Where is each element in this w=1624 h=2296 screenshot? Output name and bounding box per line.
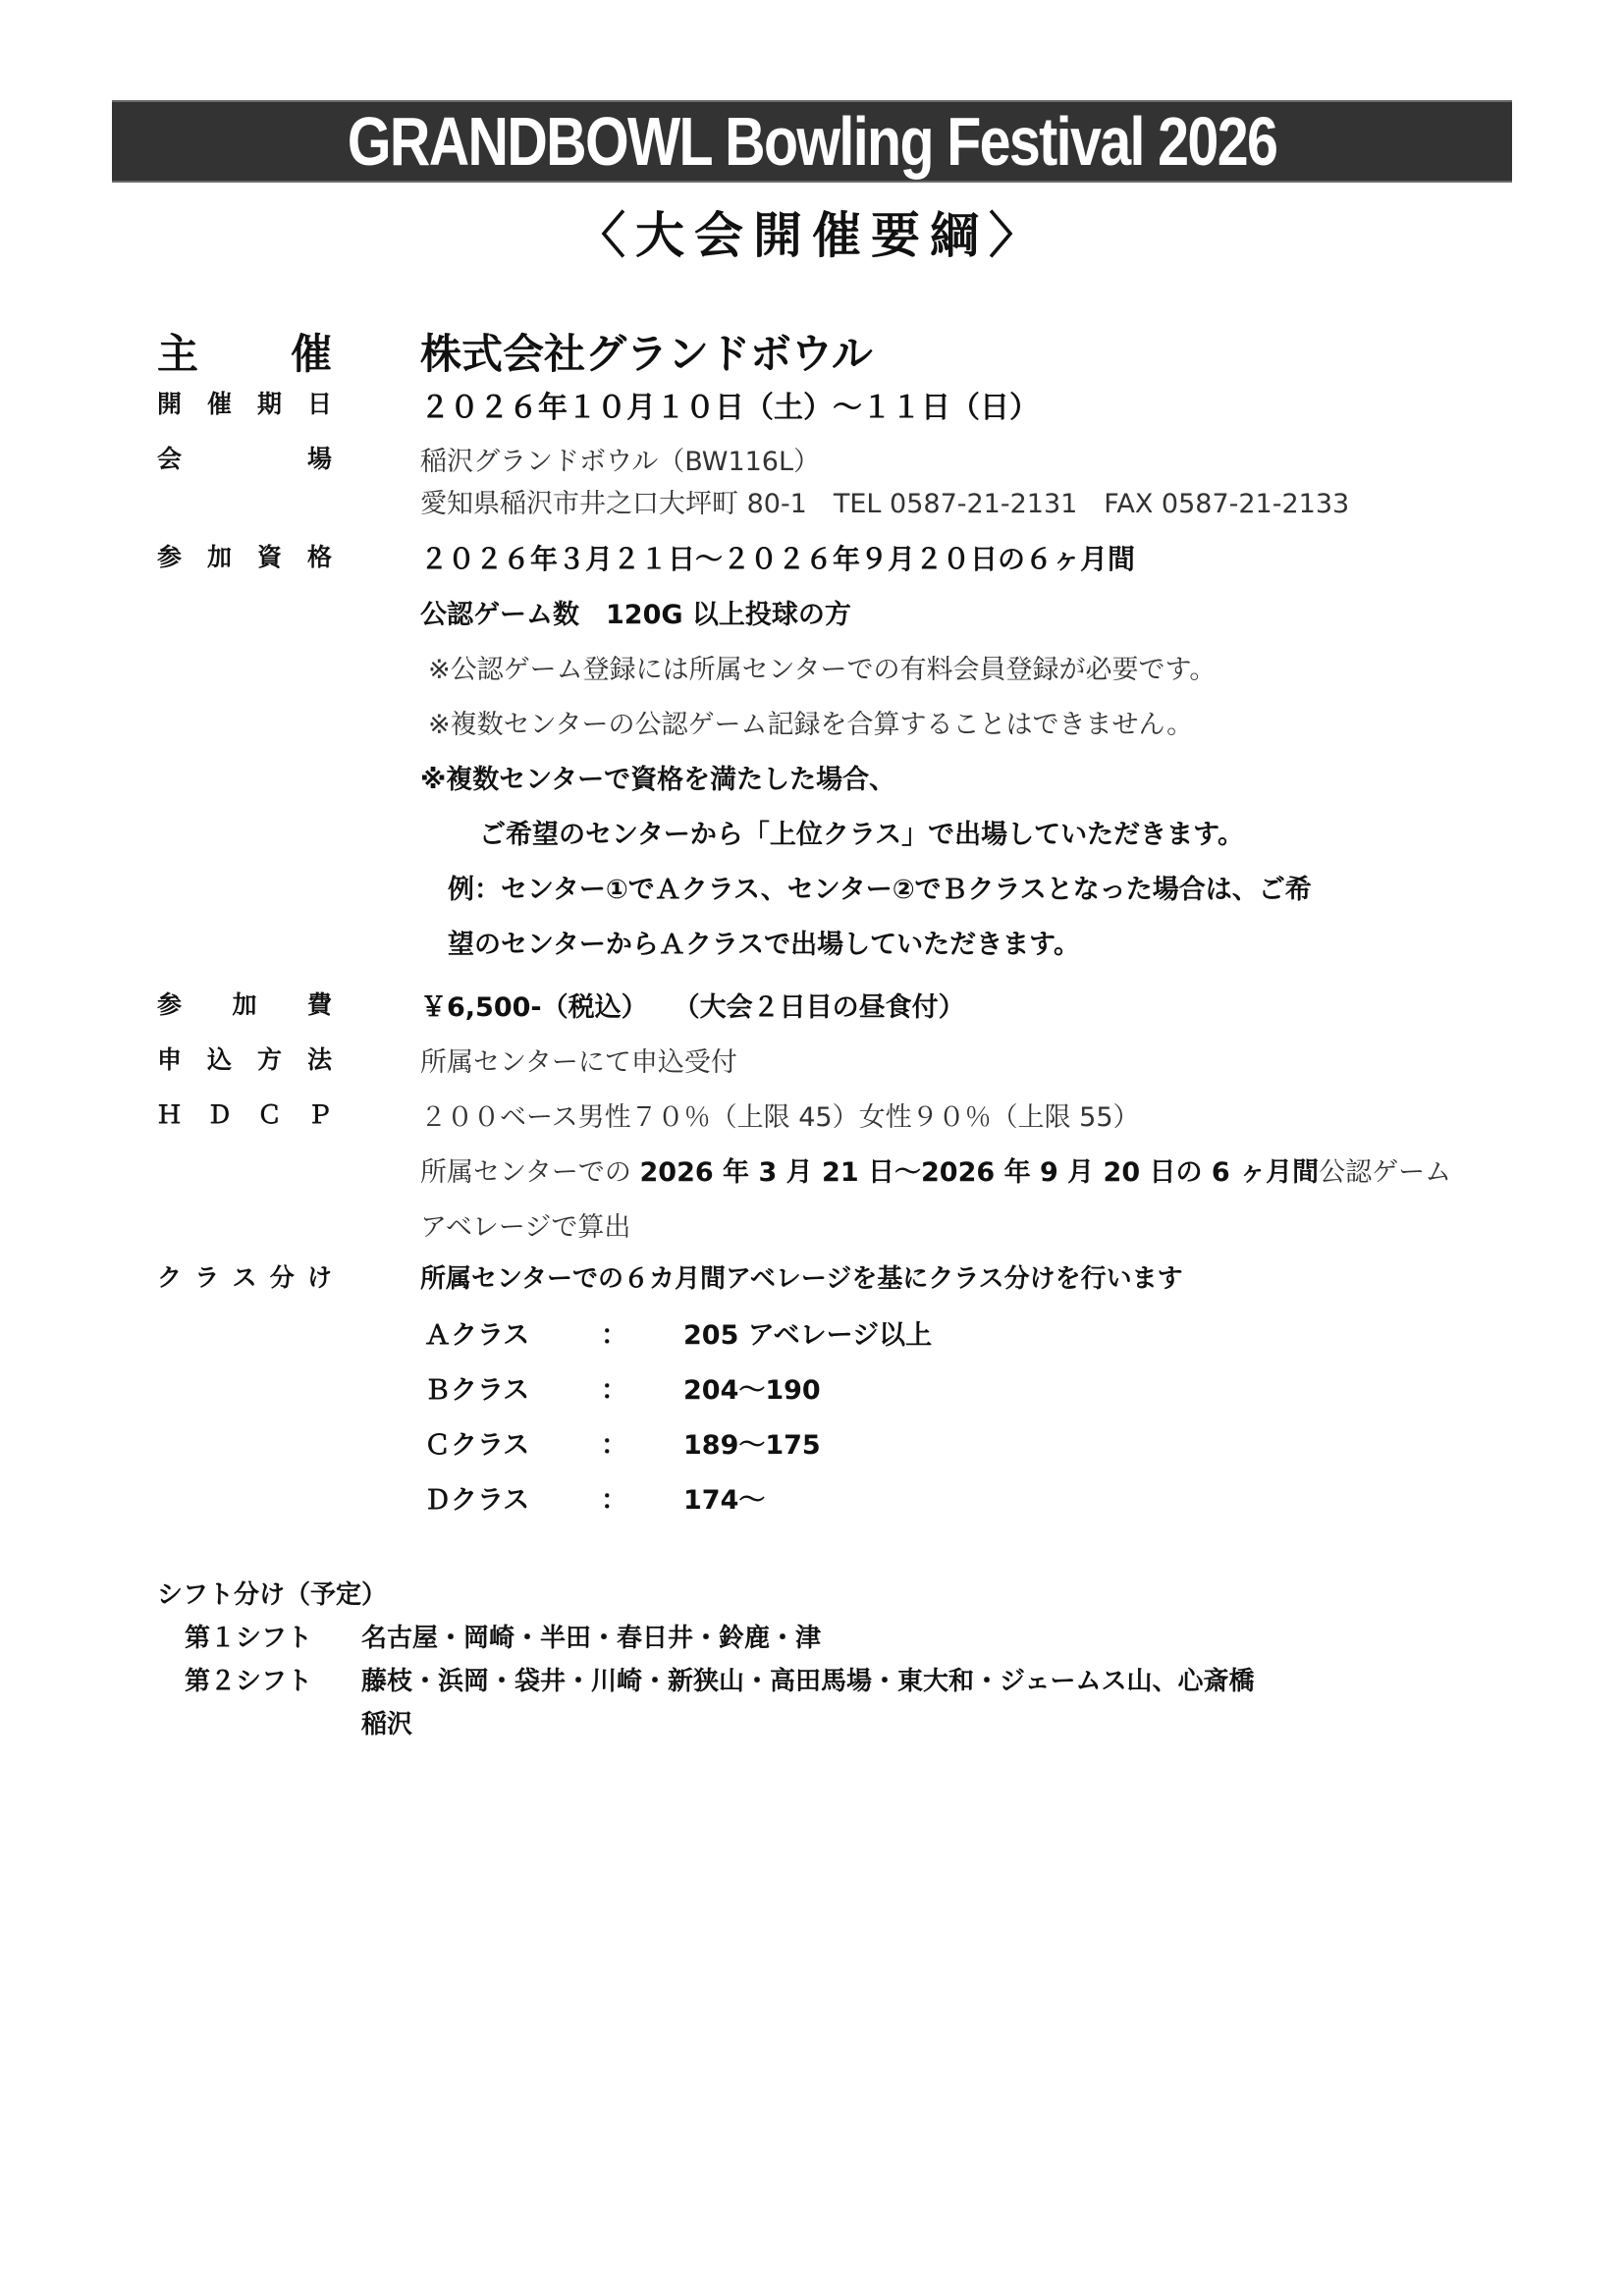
eligibility-note-1: ※公認ゲーム登録には所属センターでの有料会員登録が必要です。 <box>428 648 1216 686</box>
label-char: Ｃ <box>257 1095 282 1131</box>
label-char: Ｄ <box>207 1095 232 1131</box>
shift-name: 第１シフト <box>185 1618 312 1654</box>
class-colon: ： <box>601 1423 627 1462</box>
label-char: 分 <box>270 1258 295 1294</box>
class-range: 205 アベレージ以上 <box>683 1313 932 1352</box>
label-char: 法 <box>307 1041 332 1076</box>
dates-value: ２０２６年１０月１０日（土）～１１日（日） <box>420 383 1039 426</box>
class-name: Ａクラス <box>424 1313 529 1352</box>
organizer-label: 主 催 <box>157 322 332 381</box>
classes-intro: 所属センターでの６カ月間アベレージを基にクラス分けを行います <box>420 1258 1183 1295</box>
label-char: 参 <box>157 986 182 1021</box>
fee-note: （大会２日目の昼食付） <box>674 992 965 1023</box>
class-name: Ｂクラス <box>424 1368 529 1407</box>
class-colon: ： <box>601 1313 627 1352</box>
shift-name: 第２シフト <box>185 1661 312 1697</box>
hdcp-calc-line-2: アベレージで算出 <box>420 1205 630 1244</box>
label-char: 格 <box>307 538 332 573</box>
shift-centers: 名古屋・岡崎・半田・春日井・鈴鹿・津 <box>361 1618 821 1654</box>
label-char: 込 <box>207 1041 232 1076</box>
classes-label: ク ラ ス 分 け <box>157 1258 332 1294</box>
class-name: Ｄクラス <box>424 1478 529 1517</box>
venue-name: 稲沢グランドボウル（BW116L） <box>420 440 820 478</box>
eligibility-note-2: ※複数センターの公認ゲーム記録を合算することはできません。 <box>428 703 1193 741</box>
document-title: GRANDBOWL Bowling Festival 2026 <box>348 102 1276 181</box>
fee-label: 参 加 費 <box>157 986 332 1021</box>
label-char: 参 <box>157 538 182 573</box>
label-char: 催 <box>291 322 332 381</box>
label-char: 方 <box>257 1041 282 1076</box>
shift-centers: 藤枝・浜岡・袋井・川崎・新狭山・高田馬場・東大和・ジェームス山、心斎橋 <box>361 1661 1254 1697</box>
fee-value: ￥6,500-（税込）（大会２日目の昼食付） <box>420 986 965 1024</box>
label-char: 日 <box>307 385 332 420</box>
document-subtitle: 〈大会開催要綱〉 <box>0 196 1624 267</box>
application-label: 申 込 方 法 <box>157 1041 332 1076</box>
label-char: ス <box>232 1258 256 1294</box>
label-char: 加 <box>232 986 256 1021</box>
venue-label: 会 場 <box>157 440 332 475</box>
label-char: 主 <box>157 322 198 381</box>
hdcp-label: Ｈ Ｄ Ｃ Ｐ <box>157 1095 332 1131</box>
label-char: 費 <box>307 986 332 1021</box>
fee-tax: （税込） <box>542 992 648 1023</box>
label-char: 開 <box>157 385 182 420</box>
hdcp-calc-period: 2026 年 3 月 21 日～2026 年 9 月 20 日の 6 ヶ月間 <box>640 1157 1320 1188</box>
label-char: ラ <box>194 1258 219 1294</box>
label-char: 申 <box>157 1041 182 1076</box>
eligibility-period: ２０２６年３月２１日～２０２６年９月２０日の６ヶ月間 <box>420 538 1135 577</box>
eligibility-example-1: 例：センター①でＡクラス、センター②でＢクラスとなった場合は、ご希 <box>448 868 1312 906</box>
label-char: Ｐ <box>307 1095 332 1131</box>
dates-label: 開 催 期 日 <box>157 385 332 420</box>
title-banner: GRANDBOWL Bowling Festival 2026 <box>112 100 1512 183</box>
class-colon: ： <box>601 1368 627 1407</box>
shift-centers-line-2: 稲沢 <box>361 1704 412 1740</box>
label-char: 場 <box>307 440 332 475</box>
label-char: 会 <box>157 440 182 475</box>
hdcp-calc-suffix: 公認ゲーム <box>1319 1157 1451 1188</box>
hdcp-calc-prefix: 所属センターでの <box>420 1157 640 1188</box>
hdcp-rule: ２００ベース男性７０％（上限 45）女性９０％（上限 55） <box>420 1095 1140 1134</box>
shifts-title: シフト分け（予定） <box>157 1575 387 1611</box>
class-range: 189～175 <box>683 1423 821 1462</box>
class-name: Ｃクラス <box>424 1423 529 1462</box>
eligibility-label: 参 加 資 格 <box>157 538 332 573</box>
class-colon: ： <box>601 1478 627 1517</box>
eligibility-multi-2: ご希望のセンターから「上位クラス」で出場していただきます。 <box>479 813 1244 851</box>
class-range: 204～190 <box>683 1368 821 1407</box>
venue-address: 愛知県稲沢市井之口大坪町 80-1 TEL 0587-21-2131 FAX 0… <box>420 482 1349 520</box>
label-char: ク <box>157 1258 182 1294</box>
eligibility-multi-1: ※複数センターで資格を満たした場合、 <box>420 758 895 796</box>
fee-amount: ￥6,500- <box>420 992 542 1023</box>
application-value: 所属センターにて申込受付 <box>420 1041 737 1079</box>
label-char: 期 <box>257 385 282 420</box>
label-char: Ｈ <box>157 1095 182 1131</box>
label-char: け <box>307 1258 332 1294</box>
hdcp-calc: 所属センターでの 2026 年 3 月 21 日～2026 年 9 月 20 日… <box>420 1150 1451 1189</box>
organizer-value: 株式会社グランドボウル <box>420 322 873 381</box>
eligibility-example-2: 望のセンターからＡクラスで出場していただきます。 <box>448 923 1080 961</box>
eligibility-games: 公認ゲーム数 120G 以上投球の方 <box>420 593 851 631</box>
label-char: 加 <box>207 538 232 573</box>
label-char: 催 <box>207 385 232 420</box>
label-char: 資 <box>257 538 282 573</box>
class-range: 174～ <box>683 1478 765 1517</box>
